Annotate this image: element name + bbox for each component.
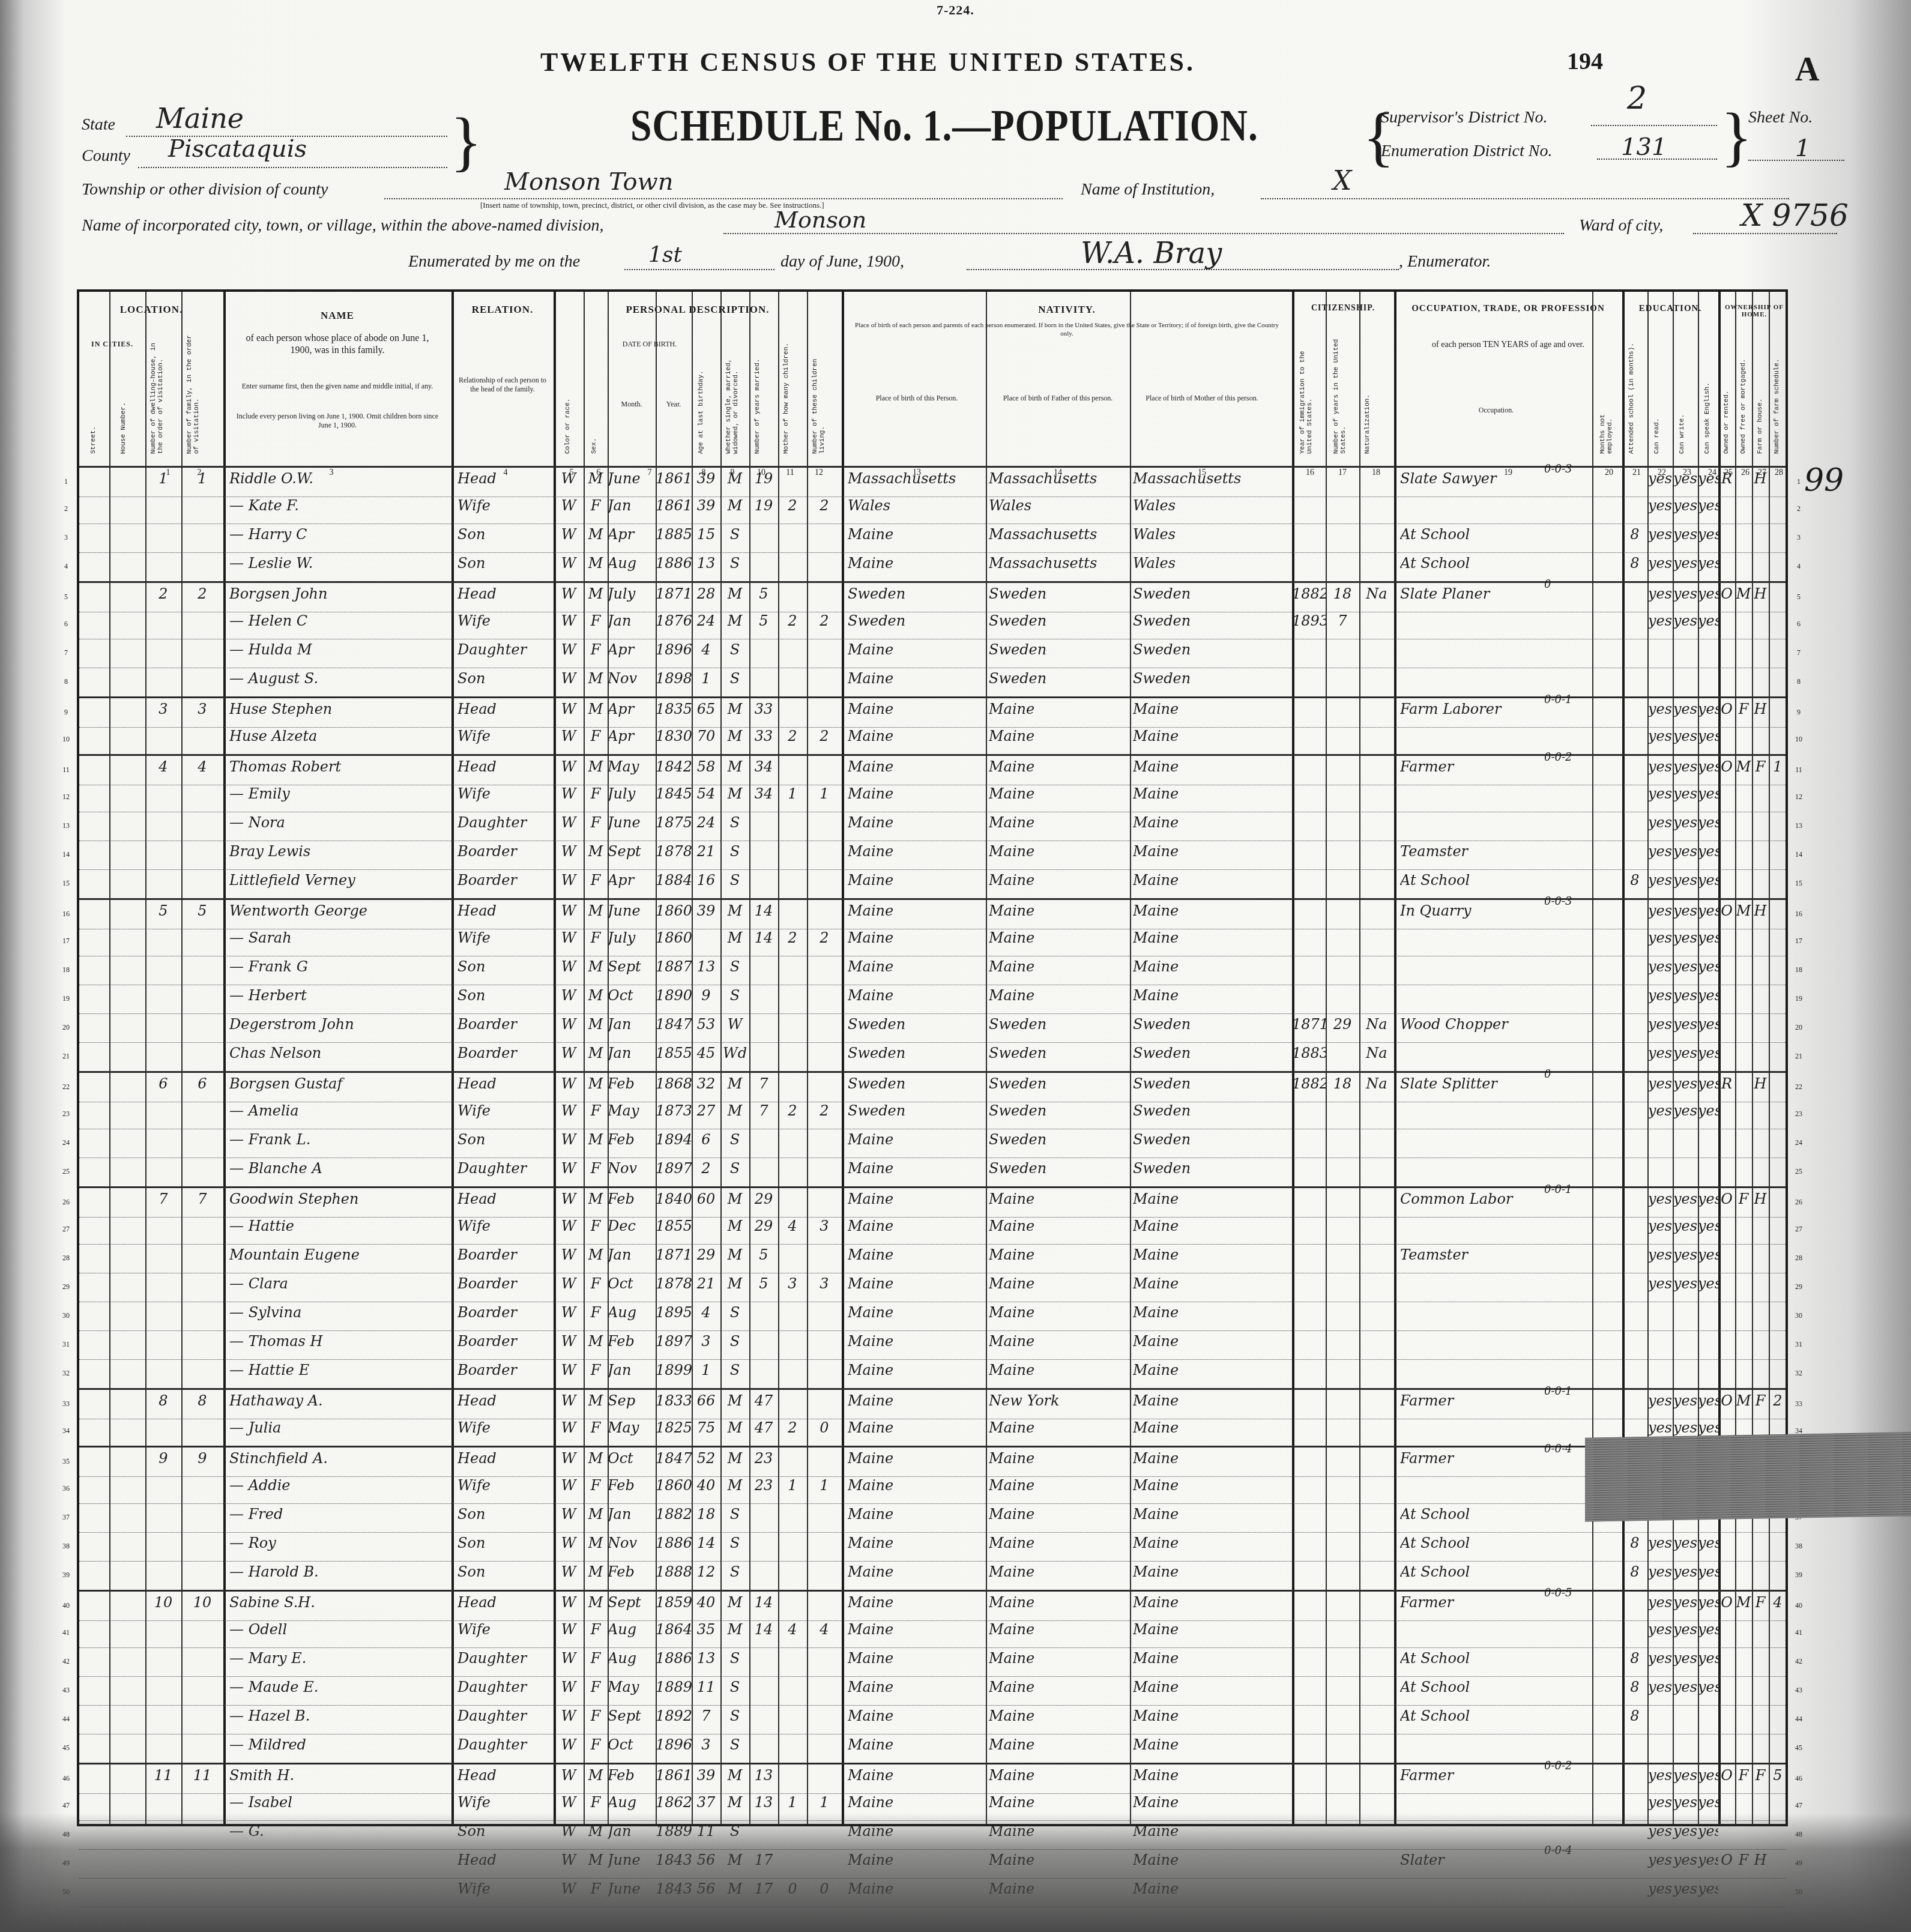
cell-bf: Sweden xyxy=(989,585,1130,611)
cell-yrs xyxy=(1326,701,1359,726)
cell-month: Apr xyxy=(608,728,656,753)
line-number: 6 xyxy=(59,620,73,629)
cell-age: 40 xyxy=(692,1477,720,1502)
cell-month: Feb xyxy=(608,1333,656,1358)
cell-write: yes xyxy=(1673,1075,1698,1100)
cell-fs xyxy=(1769,470,1787,495)
cell-write: yes xyxy=(1673,814,1698,839)
cell-unemp xyxy=(1544,1700,1592,1725)
line-number: 1 xyxy=(1792,477,1806,486)
cell-sex: M xyxy=(584,1392,608,1417)
cell-imm xyxy=(1292,470,1326,495)
cell-age: 7 xyxy=(692,1707,720,1733)
margin-note: 99 xyxy=(1804,462,1844,498)
cell-write: yes xyxy=(1673,958,1698,983)
cell-color: W xyxy=(554,497,584,522)
cell-month: Sep xyxy=(608,1392,656,1417)
line-number: 5 xyxy=(59,593,73,602)
header-owned: Owned or rented. xyxy=(1723,358,1730,454)
table-row: Huse AlzetaWifeWFApr183070M3322MaineMain… xyxy=(79,725,1786,755)
cell-cl: 2 xyxy=(807,1102,842,1128)
cell-eng: yes xyxy=(1698,987,1718,1012)
cell-yrs: 29 xyxy=(1326,1016,1359,1041)
cell-read: yes xyxy=(1647,470,1673,495)
cell-month: July xyxy=(608,785,656,811)
cell-sex: M xyxy=(584,1191,608,1216)
cell-yrs xyxy=(1326,1160,1359,1185)
cell-mar: S xyxy=(720,1563,749,1589)
cell-color: W xyxy=(554,555,584,580)
cell-month: Feb xyxy=(608,1131,656,1156)
cell-eng: yes xyxy=(1698,929,1718,955)
cell-read: yes xyxy=(1647,1102,1673,1128)
cell-imm xyxy=(1292,929,1326,955)
cell-imm xyxy=(1292,1650,1326,1675)
cell-bp: Maine xyxy=(848,843,986,868)
township-label: Township or other division of county xyxy=(82,180,328,199)
cell-fs xyxy=(1769,1275,1787,1300)
cell-cl xyxy=(807,1016,842,1041)
cell-sex: F xyxy=(584,1707,608,1733)
cell-dw xyxy=(145,555,181,580)
cell-farm xyxy=(1752,526,1769,551)
cell-unemp xyxy=(1544,1729,1592,1754)
cell-cl xyxy=(807,1767,842,1792)
cell-name: — Kate F. xyxy=(229,497,451,522)
cell-ym xyxy=(749,1650,778,1675)
line-number: 10 xyxy=(59,735,73,744)
cell-rel: Wife xyxy=(457,929,554,955)
cell-yrs xyxy=(1326,1767,1359,1792)
cell-farm xyxy=(1752,1535,1769,1560)
cell-bm: Sweden xyxy=(1133,1102,1292,1128)
cell-mar: M xyxy=(720,1102,749,1128)
header-occupation: OCCUPATION, TRADE, OR PROFESSION xyxy=(1394,304,1622,314)
cell-ym: 5 xyxy=(749,1246,778,1272)
cell-dw: 2 xyxy=(145,585,181,611)
cell-sex: M xyxy=(584,526,608,551)
line-number: 41 xyxy=(1792,1628,1806,1637)
cell-sex: M xyxy=(584,987,608,1012)
cell-color: W xyxy=(554,1736,584,1761)
cell-dw xyxy=(145,1362,181,1387)
cell-year: 1885 xyxy=(656,526,692,551)
cell-mort xyxy=(1735,497,1752,522)
cell-month: May xyxy=(608,1679,656,1704)
cell-imm xyxy=(1292,1275,1326,1300)
cell-cl xyxy=(807,758,842,783)
cell-name: Mountain Eugene xyxy=(229,1246,451,1272)
cell-bm: Sweden xyxy=(1133,1016,1292,1041)
cell-mc xyxy=(778,1650,807,1675)
cell-bf: Maine xyxy=(989,1767,1130,1792)
cell-bp: Sweden xyxy=(848,1102,986,1128)
cell-mar: M xyxy=(720,1075,749,1100)
cell-year: 1892 xyxy=(656,1707,692,1733)
cell-bp: Maine xyxy=(848,872,986,897)
cell-age: 4 xyxy=(692,641,720,666)
cell-yrs xyxy=(1326,872,1359,897)
cell-name: Wentworth George xyxy=(229,902,451,928)
table-row: 77Goodwin StephenHeadWMFeb184060M29Maine… xyxy=(79,1186,1786,1218)
cell-name: Riddle O.W. xyxy=(229,470,451,495)
line-number: 44 xyxy=(59,1715,73,1724)
cell-fam xyxy=(181,1218,223,1243)
cell-write: yes xyxy=(1673,701,1698,726)
cell-rel: Son xyxy=(457,670,554,695)
cell-nat: Na xyxy=(1359,1016,1394,1041)
cell-color: W xyxy=(554,701,584,726)
cell-age: 3 xyxy=(692,1736,720,1761)
cell-write: yes xyxy=(1673,758,1698,783)
cell-bm: Maine xyxy=(1133,1535,1292,1560)
cell-mc xyxy=(778,470,807,495)
cell-read: yes xyxy=(1647,785,1673,811)
cell-read: yes xyxy=(1647,555,1673,580)
cell-sch xyxy=(1622,1160,1647,1185)
cell-mc xyxy=(778,1506,807,1531)
line-number: 16 xyxy=(59,910,73,919)
cell-sex: F xyxy=(584,1362,608,1387)
cell-bm: Maine xyxy=(1133,728,1292,753)
cell-farm xyxy=(1752,929,1769,955)
cell-cl: 2 xyxy=(807,728,842,753)
cell-cl: 2 xyxy=(807,929,842,955)
cell-fs xyxy=(1769,1362,1787,1387)
cell-bf: Sweden xyxy=(989,1102,1130,1128)
cell-mort xyxy=(1735,470,1752,495)
cell-farm xyxy=(1752,1016,1769,1041)
cell-sch xyxy=(1622,1392,1647,1417)
cell-unemp: 0 xyxy=(1544,578,1592,603)
cell-rel: Boarder xyxy=(457,1016,554,1041)
cell-month: Aug xyxy=(608,1621,656,1646)
cell-fs xyxy=(1769,701,1787,726)
cell-yrs xyxy=(1326,1419,1359,1444)
cell-bp: Maine xyxy=(848,1679,986,1704)
cell-imm xyxy=(1292,987,1326,1012)
cell-sch: 8 xyxy=(1622,555,1647,580)
cell-color: W xyxy=(554,1563,584,1589)
cell-sex: M xyxy=(584,585,608,611)
cell-fs xyxy=(1769,1707,1787,1733)
cell-mort xyxy=(1735,1102,1752,1128)
cell-age: 2 xyxy=(692,1160,720,1185)
cell-eng: yes xyxy=(1698,1218,1718,1243)
cell-bm: Wales xyxy=(1133,526,1292,551)
census-title: TWELFTH CENSUS OF THE UNITED STATES. xyxy=(540,47,1195,77)
table-row: — AmeliaWifeWFMay187327M722SwedenSwedenS… xyxy=(79,1100,1786,1129)
cell-mar: S xyxy=(720,814,749,839)
cell-mort xyxy=(1735,1563,1752,1589)
cell-year: 1876 xyxy=(656,612,692,638)
cell-sch xyxy=(1622,1362,1647,1387)
cell-year: 1842 xyxy=(656,758,692,783)
cell-unemp xyxy=(1544,865,1592,890)
cell-read: yes xyxy=(1647,1650,1673,1675)
cell-nat xyxy=(1359,872,1394,897)
cell-own xyxy=(1718,612,1735,638)
cell-ym: 5 xyxy=(749,585,778,611)
cell-rel: Wife xyxy=(457,1621,554,1646)
cell-ym: 33 xyxy=(749,701,778,726)
cell-write: yes xyxy=(1673,1563,1698,1589)
cell-read xyxy=(1647,641,1673,666)
cell-nat xyxy=(1359,526,1394,551)
cell-mc xyxy=(778,1679,807,1704)
cell-month: May xyxy=(608,758,656,783)
cell-age: 27 xyxy=(692,1102,720,1128)
cell-cl xyxy=(807,1304,842,1329)
cell-sch xyxy=(1622,1016,1647,1041)
cell-name: Chas Nelson xyxy=(229,1045,451,1070)
cell-unemp xyxy=(1544,1556,1592,1581)
cell-mar: S xyxy=(720,1506,749,1531)
cell-month: Oct xyxy=(608,987,656,1012)
cell-write: yes xyxy=(1673,1621,1698,1646)
cell-name: — Harold B. xyxy=(229,1563,451,1589)
cell-fam xyxy=(181,641,223,666)
cell-nat xyxy=(1359,1594,1394,1619)
cell-unemp xyxy=(1544,778,1592,803)
header-immigration: Year of immigration to the United States… xyxy=(1299,334,1314,454)
cell-name: Borgsen Gustaf xyxy=(229,1075,451,1100)
line-number: 35 xyxy=(59,1457,73,1466)
cell-dw xyxy=(145,526,181,551)
table-row: — Maude E.DaughterWFMay188911SMaineMaine… xyxy=(79,1676,1786,1706)
table-row: — Frank L.SonWMFeb18946SMaineSwedenSwede… xyxy=(79,1129,1786,1158)
cell-ym: 5 xyxy=(749,1275,778,1300)
cell-mort xyxy=(1735,641,1752,666)
cell-ym xyxy=(749,1679,778,1704)
cell-fs xyxy=(1769,1016,1787,1041)
cell-age xyxy=(692,1218,720,1243)
cell-fam xyxy=(181,872,223,897)
cell-unemp xyxy=(1544,634,1592,659)
cell-read: yes xyxy=(1647,958,1673,983)
cell-read: yes xyxy=(1647,758,1673,783)
cell-bp: Sweden xyxy=(848,585,986,611)
cell-mort: M xyxy=(1735,1392,1752,1417)
cell-month: Feb xyxy=(608,1563,656,1589)
cell-color: W xyxy=(554,1333,584,1358)
form-number: 7-224. xyxy=(937,2,974,18)
cell-bm: Maine xyxy=(1133,1246,1292,1272)
cell-ym: 23 xyxy=(749,1450,778,1475)
cell-farm: H xyxy=(1752,701,1769,726)
cell-read: yes xyxy=(1647,1679,1673,1704)
cell-imm xyxy=(1292,555,1326,580)
cell-own xyxy=(1718,728,1735,753)
cell-yrs xyxy=(1326,641,1359,666)
cell-mar: M xyxy=(720,758,749,783)
institution-value: X xyxy=(1333,166,1351,196)
cell-bm: Sweden xyxy=(1133,641,1292,666)
cell-bp: Maine xyxy=(848,758,986,783)
cell-cl xyxy=(807,1362,842,1387)
cell-own xyxy=(1718,929,1735,955)
cell-month: Aug xyxy=(608,1304,656,1329)
cell-bm: Maine xyxy=(1133,1563,1292,1589)
cell-farm xyxy=(1752,1679,1769,1704)
cell-dw xyxy=(145,497,181,522)
cell-yrs xyxy=(1326,1304,1359,1329)
cell-cl xyxy=(807,814,842,839)
cell-bm: Maine xyxy=(1133,785,1292,811)
cell-rel: Wife xyxy=(457,1102,554,1128)
cell-imm xyxy=(1292,1707,1326,1733)
cell-write: yes xyxy=(1673,929,1698,955)
cell-fs xyxy=(1769,1563,1787,1589)
cell-ym xyxy=(749,1016,778,1041)
cell-bp: Maine xyxy=(848,929,986,955)
cell-write xyxy=(1673,1362,1698,1387)
cell-cl xyxy=(807,555,842,580)
cell-rel: Head xyxy=(457,585,554,611)
cell-fam: 9 xyxy=(181,1450,223,1475)
cell-nat xyxy=(1359,1450,1394,1475)
cell-imm: 1893 xyxy=(1292,612,1326,638)
line-number: 14 xyxy=(59,850,73,859)
cell-own: O xyxy=(1718,758,1735,783)
cell-mc xyxy=(778,1016,807,1041)
cell-own xyxy=(1718,555,1735,580)
cell-mc xyxy=(778,1563,807,1589)
line-number: 1 xyxy=(59,477,73,486)
cell-bm: Maine xyxy=(1133,1707,1292,1733)
cell-write xyxy=(1673,1131,1698,1156)
cell-mort xyxy=(1735,929,1752,955)
cell-farm: H xyxy=(1752,1191,1769,1216)
cell-own xyxy=(1718,1650,1735,1675)
cell-bp: Sweden xyxy=(848,1045,986,1070)
cell-bm: Maine xyxy=(1133,958,1292,983)
cell-fs xyxy=(1769,555,1787,580)
cell-color: W xyxy=(554,1362,584,1387)
cell-sex: F xyxy=(584,1477,608,1502)
cell-dw xyxy=(145,1535,181,1560)
cell-mar: M xyxy=(720,929,749,955)
cell-own xyxy=(1718,958,1735,983)
cell-mort xyxy=(1735,1075,1752,1100)
cell-sch xyxy=(1622,758,1647,783)
cell-mort: M xyxy=(1735,902,1752,928)
cell-fs xyxy=(1769,526,1787,551)
cell-imm xyxy=(1292,1131,1326,1156)
cell-cl xyxy=(807,958,842,983)
cell-mar: S xyxy=(720,1650,749,1675)
cell-bm: Maine xyxy=(1133,814,1292,839)
cell-write xyxy=(1673,1160,1698,1185)
cell-rel: Boarder xyxy=(457,1304,554,1329)
line-number: 12 xyxy=(59,792,73,801)
cell-fam xyxy=(181,958,223,983)
table-row: — JuliaWifeWFMay182575M4720MaineMaineMai… xyxy=(79,1417,1786,1446)
cell-year: 1868 xyxy=(656,1075,692,1100)
cell-unemp xyxy=(1544,951,1592,976)
cell-age: 14 xyxy=(692,1535,720,1560)
line-number: 45 xyxy=(59,1743,73,1752)
line-number: 25 xyxy=(59,1167,73,1176)
cell-mc: 1 xyxy=(778,1477,807,1502)
sheet-value: 1 xyxy=(1795,134,1810,162)
cell-name: — Leslie W. xyxy=(229,555,451,580)
cell-fam xyxy=(181,612,223,638)
cell-mc xyxy=(778,1075,807,1100)
cell-unemp xyxy=(1544,1412,1592,1437)
cell-imm xyxy=(1292,1419,1326,1444)
cell-cl xyxy=(807,1392,842,1417)
cell-name: Degerstrom John xyxy=(229,1016,451,1041)
cell-sex: F xyxy=(584,785,608,811)
enumerated-day: 1st xyxy=(648,243,682,267)
enumeration-label: Enumeration District No. xyxy=(1381,142,1552,161)
cell-ym: 14 xyxy=(749,1594,778,1619)
cell-month: Aug xyxy=(608,555,656,580)
cell-name: — Julia xyxy=(229,1419,451,1444)
cell-sex: M xyxy=(584,1045,608,1070)
cell-nat xyxy=(1359,1767,1394,1792)
cell-read: yes xyxy=(1647,1275,1673,1300)
cell-rel: Head xyxy=(457,902,554,928)
cell-mar: S xyxy=(720,987,749,1012)
cell-read: yes xyxy=(1647,701,1673,726)
cell-fam xyxy=(181,1563,223,1589)
cell-dw: 1 xyxy=(145,470,181,495)
header-color: Color or race. xyxy=(564,382,572,454)
table-row: — Hulda MDaughterWFApr18964SMaineSwedenS… xyxy=(79,639,1786,668)
cell-bm: Maine xyxy=(1133,1621,1292,1646)
cell-bp: Maine xyxy=(848,1131,986,1156)
cell-mar: S xyxy=(720,1362,749,1387)
cell-month: Apr xyxy=(608,872,656,897)
cell-sch xyxy=(1622,902,1647,928)
state-label: State xyxy=(82,115,115,134)
cell-age: 1 xyxy=(692,670,720,695)
cell-unemp xyxy=(1544,663,1592,688)
cell-eng: yes xyxy=(1698,1191,1718,1216)
cell-year: 1847 xyxy=(656,1450,692,1475)
cell-farm xyxy=(1752,1362,1769,1387)
cell-mar: M xyxy=(720,1275,749,1300)
cell-bm: Maine xyxy=(1133,902,1292,928)
cell-fs xyxy=(1769,1131,1787,1156)
cell-month: Feb xyxy=(608,1191,656,1216)
cell-bm: Maine xyxy=(1133,1419,1292,1444)
cell-rel: Head xyxy=(457,1450,554,1475)
table-row: 88Hathaway A.HeadWMSep183366M47MaineNew … xyxy=(79,1388,1786,1419)
table-row: 11Riddle O.W.HeadWMJune186139M19Massachu… xyxy=(79,466,1786,497)
cell-nat xyxy=(1359,758,1394,783)
table-row: — Harold B.SonWMFeb188812SMaineMaineMain… xyxy=(79,1561,1786,1590)
cell-imm xyxy=(1292,1563,1326,1589)
cell-bm: Maine xyxy=(1133,843,1292,868)
cell-bf: Maine xyxy=(989,929,1130,955)
cell-age xyxy=(692,929,720,955)
cell-yrs xyxy=(1326,1275,1359,1300)
cell-dw xyxy=(145,670,181,695)
cell-read: yes xyxy=(1647,902,1673,928)
cell-sex: F xyxy=(584,728,608,753)
cell-fam xyxy=(181,526,223,551)
cell-unemp: 0-0-1 xyxy=(1544,1385,1592,1410)
cell-name: Smith H. xyxy=(229,1767,451,1792)
table-row: — Harry CSonWMApr188515SMaineMassachuset… xyxy=(79,524,1786,553)
header-family: Number of family, in the order of visita… xyxy=(186,334,201,454)
line-number: 47 xyxy=(59,1801,73,1810)
header-name-desc: of each person whose place of abode on J… xyxy=(235,333,439,357)
cell-color: W xyxy=(554,1679,584,1704)
